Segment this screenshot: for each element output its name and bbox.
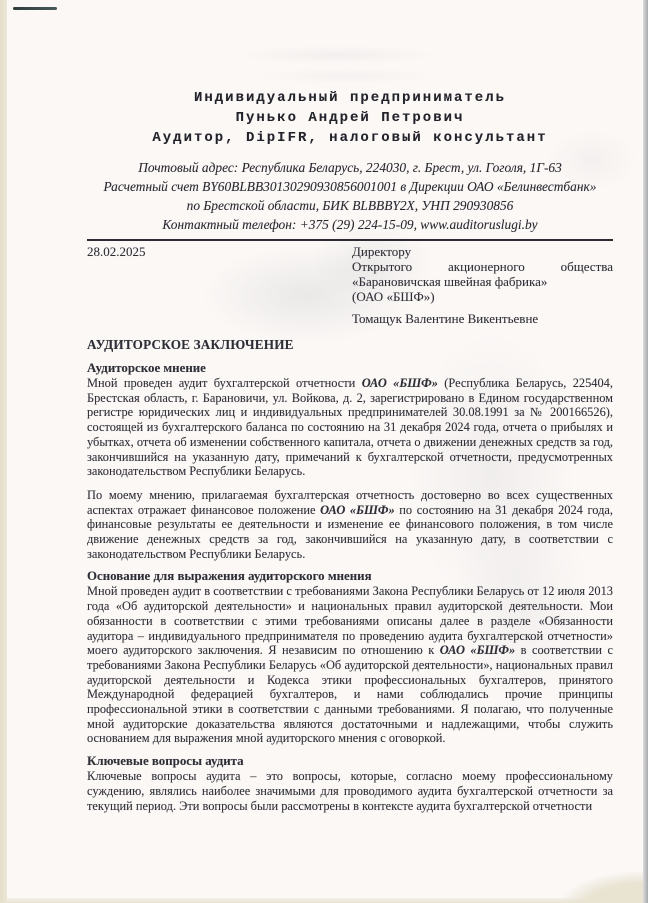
letterhead-role: Аудитор, DipIFR, налоговый консультант: [87, 128, 613, 148]
paragraph: По моему мнению, прилагаемая бухгалтерск…: [87, 488, 613, 562]
scan-artifact-mark: [13, 7, 57, 10]
section-audit-opinion: Аудиторское мнение Мной проведен аудит б…: [87, 361, 613, 561]
letterhead-name: Пунько Андрей Петрович: [87, 108, 613, 128]
paragraph: Ключевые вопросы аудита – это вопросы, к…: [87, 769, 613, 813]
scan-edge-left: [0, 0, 7, 903]
scan-edge-bottom: [7, 898, 643, 903]
paragraph: Мной проведен аудит бухгалтерской отчетн…: [87, 376, 613, 479]
scan-corner-bottom-right: [553, 869, 643, 903]
contact-bank-account: Расчетный счет BY60BLBB30130290930856001…: [87, 177, 613, 196]
letterhead-entrepreneur: Индивидуальный предприниматель: [87, 88, 613, 108]
section-heading: Аудиторское мнение: [87, 361, 613, 376]
section-key-audit-matters: Ключевые вопросы аудита Ключевые вопросы…: [87, 754, 613, 813]
letterhead: Индивидуальный предприниматель Пунько Ан…: [87, 88, 613, 148]
addressee-block: Директору Открытого акционерного обществ…: [352, 244, 613, 326]
section-heading: Ключевые вопросы аудита: [87, 754, 613, 769]
letterhead-divider: [87, 239, 613, 241]
addressee-company-type: Открытого акционерного общества: [352, 259, 613, 274]
document-page: Индивидуальный предприниматель Пунько Ан…: [7, 0, 643, 898]
contact-bank-details: по Брестской области, БИК BLBBBY2X, УНП …: [87, 196, 613, 215]
addressee-person-name: Томащук Валентине Викентьевне: [352, 311, 613, 326]
paragraph: Мной проведен аудит в соответствии с тре…: [87, 584, 613, 746]
org-name-emphasis: ОАО «БШФ»: [440, 643, 515, 657]
contact-phone-website: Контактный телефон: +375 (29) 224-15-09,…: [87, 215, 613, 234]
scanned-document: { "colors": { "text": "#2e2e36", "paper"…: [0, 0, 648, 903]
addressee-company-abbr: (ОАО «БШФ»): [352, 289, 613, 304]
section-heading: Основание для выражения аудиторского мне…: [87, 569, 613, 584]
letterhead-contacts: Почтовый адрес: Республика Беларусь, 224…: [87, 158, 613, 234]
document-title: АУДИТОРСКОЕ ЗАКЛЮЧЕНИЕ: [87, 337, 613, 353]
org-name-emphasis: ОАО «БШФ»: [320, 503, 394, 517]
paragraph-text: в соответствии с требованиями Закона Рес…: [87, 643, 613, 745]
date-addressee-row: 28.02.2025 Директору Открытого акционерн…: [87, 244, 613, 326]
document-content: Индивидуальный предприниматель Пунько Ан…: [87, 88, 613, 813]
section-basis-for-opinion: Основание для выражения аудиторского мне…: [87, 569, 613, 746]
document-date: 28.02.2025: [87, 244, 146, 326]
contact-postal-address: Почтовый адрес: Республика Беларусь, 224…: [87, 158, 613, 177]
addressee-position: Директору: [352, 244, 613, 259]
paragraph-text: (Республика Беларусь, 225404, Брестская …: [87, 376, 613, 478]
paragraph-text: Ключевые вопросы аудита – это вопросы, к…: [87, 769, 613, 812]
scan-edge-right: [643, 0, 648, 903]
addressee-company-name: «Барановичская швейная фабрика»: [352, 274, 613, 289]
org-name-emphasis: ОАО «БШФ»: [362, 376, 438, 390]
paragraph-text: Мной проведен аудит бухгалтерской отчетн…: [87, 376, 362, 390]
